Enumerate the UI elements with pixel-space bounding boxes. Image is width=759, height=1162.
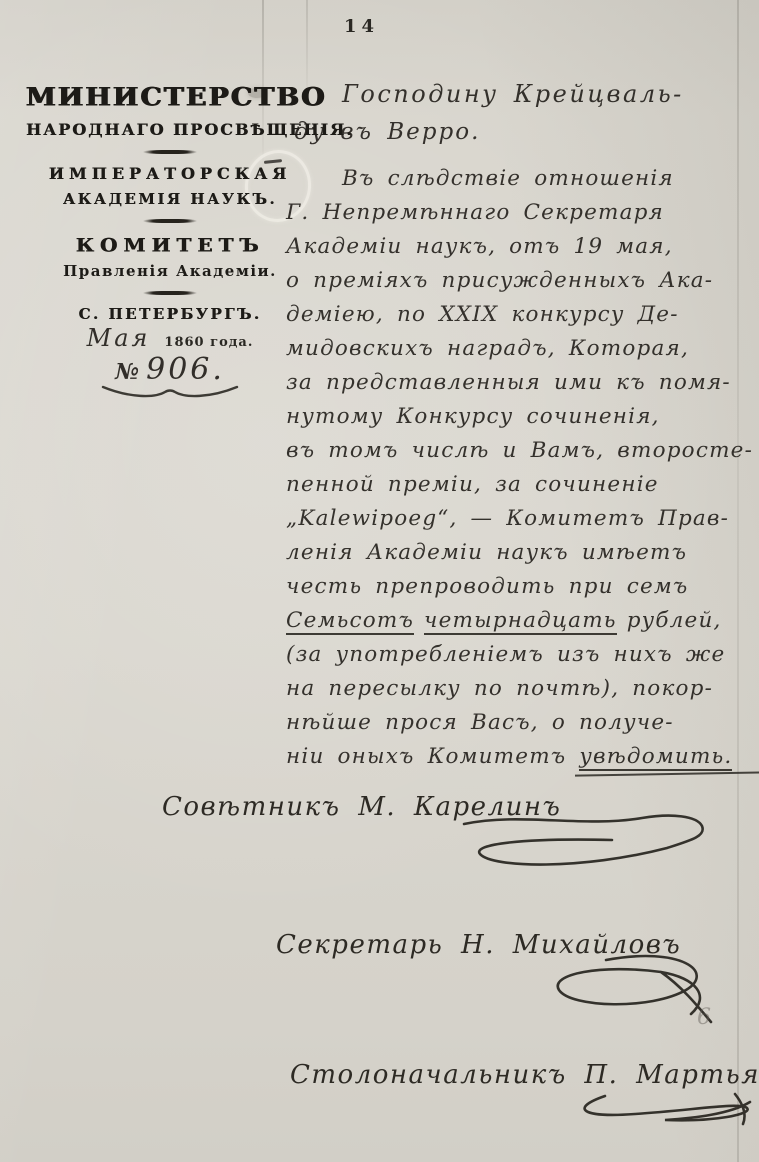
letterhead-number: № 906. (26, 352, 314, 401)
amount-underlined-word: четырнадцать (424, 608, 617, 635)
signature-clerk: Столоначальникъ П. Мартьяновъ (290, 1060, 759, 1090)
body-line: деміею, по XXIX конкурсу Де- (286, 298, 756, 332)
letterhead-ministry: МИНИСТЕРСТВО (26, 83, 314, 112)
amount-line: Семьсотъчетырнадцатьрублей, (286, 604, 756, 638)
address-line-2: ду въ Верро. (286, 114, 756, 150)
address-line-1: Господину Крейцваль- (286, 74, 756, 114)
signature-secretary-flourish (511, 952, 721, 1032)
letterhead-ministry-sub: НАРОДНАГО ПРОСВѢЩЕНІЯ. (26, 120, 314, 139)
body-line: Академіи наукъ, отъ 19 мая, (286, 230, 756, 264)
letterhead-date: Мая1860 года. (26, 324, 314, 352)
letterhead-divider (136, 219, 204, 223)
signature-counselor: Совѣтникъ М. Карелинъ (162, 792, 561, 822)
letterhead-academy-line2: АКАДЕМІЯ НАУКЪ. (26, 190, 314, 208)
letterhead-academy-line1: ИМПЕРАТОРСКАЯ (26, 164, 314, 183)
body-line: за представленныя ими къ помя- (286, 366, 756, 400)
pencil-mark: 6 (697, 1005, 711, 1030)
body-line: Въ слѣдствіе отношенія (286, 162, 756, 196)
amount-underlined-word: Семьсотъ (286, 608, 414, 635)
body-line: Г. Непремѣннаго Секретаря (286, 196, 756, 230)
letter-body: Господину Крейцваль- ду въ Верро. Въ слѣ… (286, 74, 756, 774)
body-line: ленія Академіи наукъ имѣетъ (286, 536, 756, 570)
date-month-handwritten: Мая (87, 324, 151, 352)
body-line: „Kalewipoeg“, — Комитетъ Прав- (286, 502, 756, 536)
date-year-printed: 1860 года. (164, 335, 253, 350)
body-line: о преміяхъ присужденныхъ Ака- (286, 264, 756, 298)
letterhead-committee-sub: Правленія Академіи. (26, 262, 314, 280)
signature-clerk-text: Столоначальникъ П. Мартьяновъ (290, 1060, 759, 1090)
body-line: на пересылку по почтѣ), покор- (286, 672, 756, 706)
closing-line: ніи оныхъ Комитетъ увѣдомить. (286, 740, 756, 774)
closing-pre: ніи оныхъ Комитетъ (286, 744, 579, 769)
paragraph-gap (286, 150, 756, 162)
signature-counselor-flourish (462, 810, 722, 880)
body-line: (за употребленіемъ изъ нихъ же (286, 638, 756, 672)
body-line: мидовскихъ наградъ, Которая, (286, 332, 756, 366)
body-line: нѣйше прося Васъ, о получе- (286, 706, 756, 740)
letterhead: МИНИСТЕРСТВО НАРОДНАГО ПРОСВѢЩЕНІЯ. ИМПЕ… (26, 82, 314, 401)
closing-underlined-word: увѣдомить. (579, 744, 732, 771)
signature-clerk-flourish (565, 1088, 755, 1138)
body-line: пенной преміи, за сочиненіе (286, 468, 756, 502)
letterhead-committee: КОМИТЕТЪ (26, 234, 314, 257)
page-number: 14 (344, 16, 379, 37)
body-line: честь препроводить при семъ (286, 570, 756, 604)
body-line: нутому Конкурсу сочиненія, (286, 400, 756, 434)
number-sign: № (115, 359, 141, 385)
document-photo: 14 МИНИСТЕРСТВО НАРОДНАГО ПРОСВѢЩЕНІЯ. И… (0, 0, 759, 1162)
amount-rest: рублей, (627, 608, 722, 633)
body-line: въ томъ числѣ и Вамъ, второсте- (286, 434, 756, 468)
letterhead-divider (136, 150, 204, 154)
signature-secretary: Секретарь Н. Михайловъ (276, 930, 681, 960)
number-value: 906. (146, 352, 225, 387)
letterhead-divider (136, 291, 204, 295)
letterhead-city: С. ПЕТЕРБУРГЪ. (26, 305, 314, 323)
